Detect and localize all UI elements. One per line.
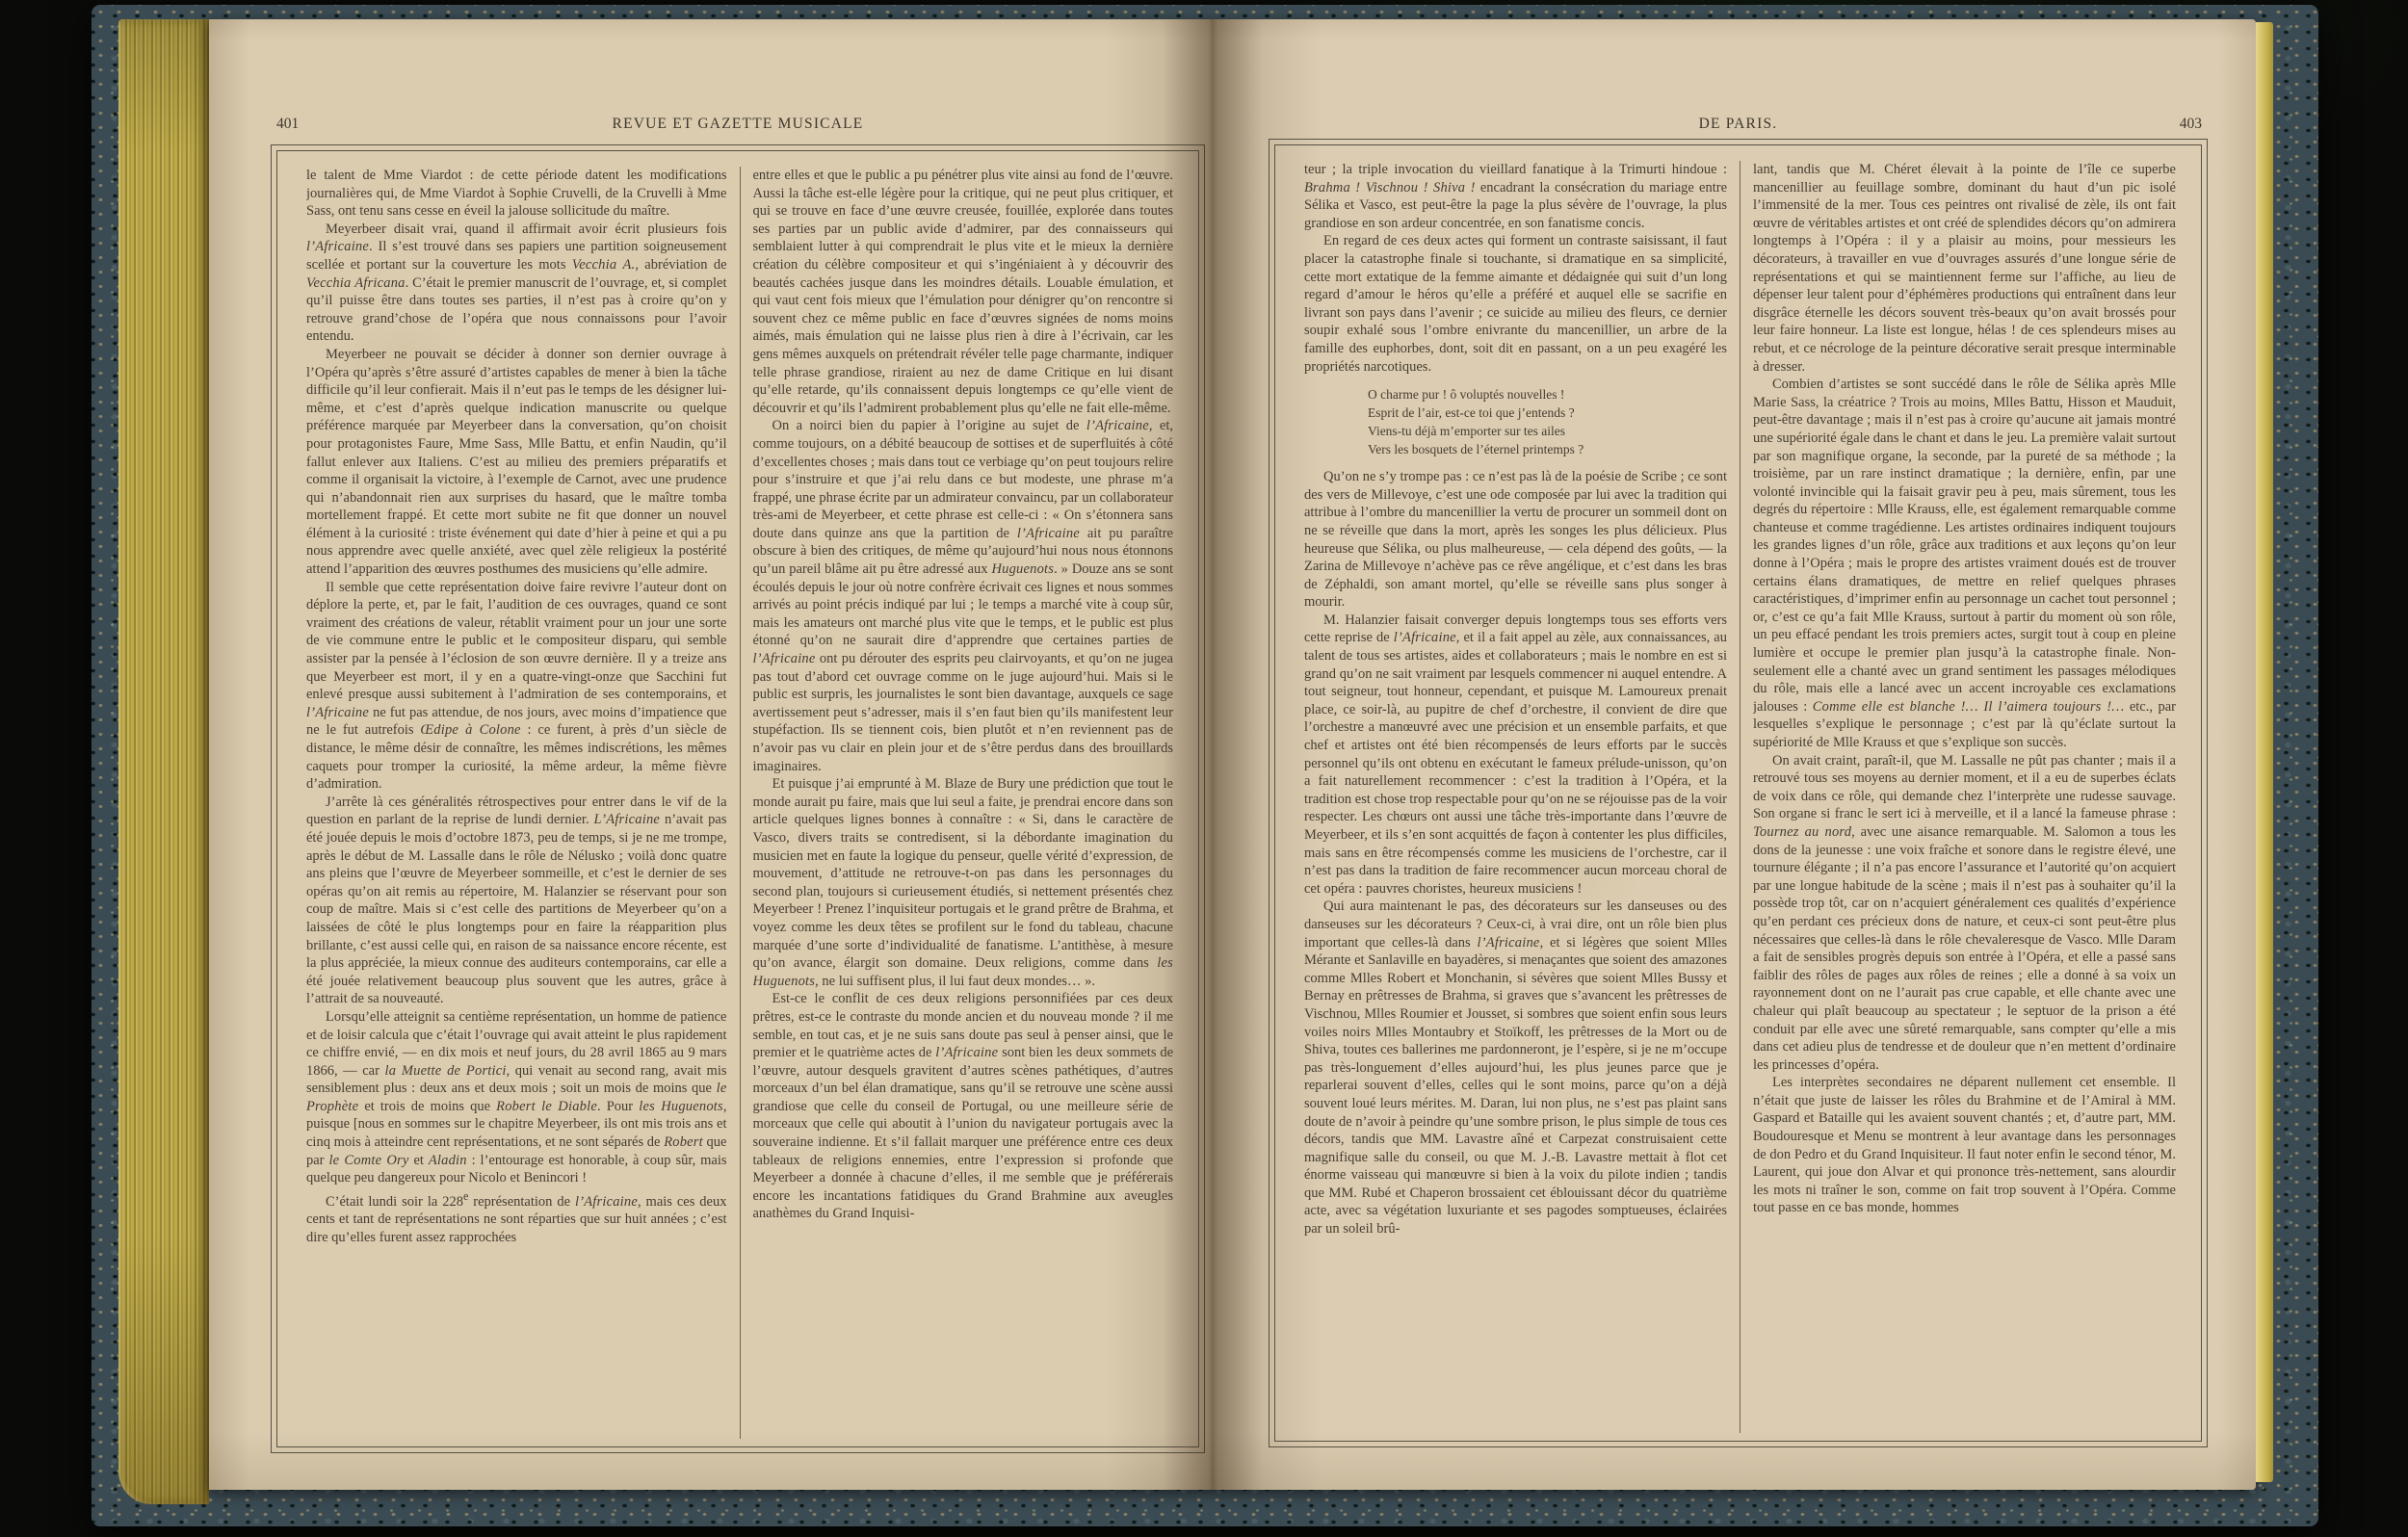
running-title: DE PARIS. — [1699, 116, 1778, 132]
paragraph: Qu’on ne s’y trompe pas : ce n’est pas l… — [1304, 468, 1727, 612]
verse-stanza: O charme pur ! ô voluptés nouvelles !Esp… — [1368, 385, 1727, 458]
book: 401 REVUE ET GAZETTE MUSICALE le talent … — [92, 5, 2318, 1526]
paragraph: Meyerbeer disait vrai, quand il affirmai… — [306, 221, 727, 346]
paragraph: le talent de Mme Viardot : de cette péri… — [306, 167, 727, 221]
gilt-page-edge-right — [2256, 22, 2273, 1482]
text-frame: le talent de Mme Viardot : de cette péri… — [271, 144, 1205, 1453]
column-2: entre elles et que le public a pu pénétr… — [753, 167, 1174, 1439]
page-number: 401 — [276, 116, 299, 133]
text-frame-inner: teur ; la triple invocation du vieillard… — [1274, 144, 2202, 1442]
page-header-left: 401 REVUE ET GAZETTE MUSICALE — [273, 116, 1203, 137]
paragraph: Et puisque j’ai emprunté à M. Blaze de B… — [753, 775, 1174, 990]
photograph-background: 401 REVUE ET GAZETTE MUSICALE le talent … — [0, 0, 2408, 1537]
verse-line: Viens-tu déjà m’emporter sur tes ailes — [1368, 422, 1727, 440]
paragraph: Meyerbeer ne pouvait se décider à donner… — [306, 346, 727, 579]
verse-line: Vers les bosquets de l’éternel printemps… — [1368, 440, 1727, 458]
page-right: DE PARIS. 403 teur ; la triple invocatio… — [1211, 19, 2256, 1490]
paragraph: Combien d’artistes se sont succédé dans … — [1753, 376, 2176, 751]
paragraph: lant, tandis que M. Chéret élevait à la … — [1753, 161, 2176, 376]
text-frame-inner: le talent de Mme Viardot : de cette péri… — [276, 150, 1199, 1447]
page-edges-fore-edge — [118, 19, 209, 1504]
column-rule — [1740, 161, 1741, 1433]
open-spread: 401 REVUE ET GAZETTE MUSICALE le talent … — [209, 19, 2256, 1490]
verse-line: Esprit de l’air, est-ce toi que j’entend… — [1368, 404, 1727, 422]
paragraph: Les interprètes secondaires ne déparent … — [1753, 1074, 2176, 1217]
paragraph: M. Halanzier faisait converger depuis lo… — [1304, 612, 1727, 899]
column-1: le talent de Mme Viardot : de cette péri… — [306, 167, 727, 1439]
paragraph: Il semble que cette représentation doive… — [306, 579, 727, 794]
paragraph: teur ; la triple invocation du vieillard… — [1304, 161, 1727, 232]
paragraph: C’était lundi soir la 228e représentatio… — [306, 1187, 727, 1247]
page-header-right: DE PARIS. 403 — [1270, 116, 2206, 137]
running-title: REVUE ET GAZETTE MUSICALE — [613, 116, 864, 132]
paragraph: Lorsqu’elle atteignit sa centième représ… — [306, 1008, 727, 1187]
paragraph: entre elles et que le public a pu pénétr… — [753, 167, 1174, 417]
column-4: lant, tandis que M. Chéret élevait à la … — [1753, 161, 2176, 1433]
text-frame: teur ; la triple invocation du vieillard… — [1269, 139, 2208, 1447]
paragraph: Est-ce le conflit de ces deux religions … — [753, 990, 1174, 1223]
page-number: 403 — [2180, 116, 2202, 133]
paragraph: En regard de ces deux actes qui forment … — [1304, 232, 1727, 376]
paragraph: Qui aura maintenant le pas, des décorate… — [1304, 898, 1727, 1237]
column-rule — [740, 167, 741, 1439]
page-left: 401 REVUE ET GAZETTE MUSICALE le talent … — [209, 19, 1211, 1490]
verse-line: O charme pur ! ô voluptés nouvelles ! — [1368, 385, 1727, 404]
paragraph: On a noirci bien du papier à l’origine a… — [753, 417, 1174, 775]
paragraph: On avait craint, paraît-il, que M. Lassa… — [1753, 752, 2176, 1075]
paragraph: J’arrête là ces généralités rétrospectiv… — [306, 794, 727, 1008]
column-3: teur ; la triple invocation du vieillard… — [1304, 161, 1727, 1433]
